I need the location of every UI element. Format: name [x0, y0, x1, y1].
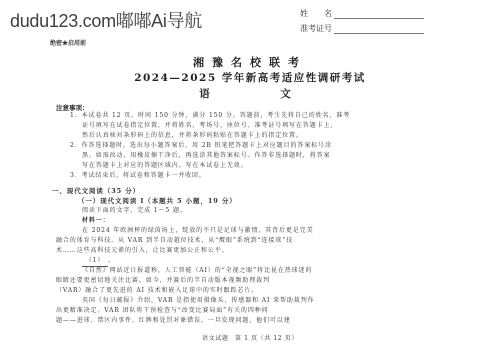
exam-name-title: 2024—2025 学年新高考适应性调研考试 — [0, 70, 500, 85]
section-title: 一、现代文阅读（35 分） — [52, 186, 140, 196]
paragraph-line: （VAR）融合了更先进的 AI 技术和嵌入足球中的实时跟踪芯片。 — [56, 286, 258, 296]
notice-line: 然后认真核对条形码上的信息，并将条形码粘贴在答题卡上的指定位置。 — [82, 131, 303, 141]
paragraph-line: 出更精准决定。VAR 团队将干预检查与“改变比赛局面”有关的四种问 — [56, 306, 269, 316]
paragraph-line: 在 2024 年欧洲杯的绿茵场上，绽放的不只是足球与激情，其背后更是完美 — [82, 226, 314, 236]
exam-id-field[interactable]: 准考证号 — [300, 23, 424, 34]
paragraph-line: 题——进球、禁区内事件、红牌和处罚对象错误。一旦发现问题，他们可以建 — [56, 316, 291, 326]
material-label: 材料一： — [82, 216, 110, 226]
notice-line: 3．考试结束后，将试卷和答题卡一并收回。 — [70, 171, 206, 181]
notice-line: 证号填写在试卷指定位置，并将姓名、考场号、座位号、准考证号填写在答题卡上， — [82, 121, 337, 131]
paragraph-line: 英国《每日邮报》介绍，VAR 是指使用摄像头、传感器和 AI 来帮助裁判作 — [82, 296, 315, 306]
notice-line: 黑。如需改动，用橡皮擦干净后，再选涂其他答案标号。作答非选择题时，将答案 — [82, 151, 330, 161]
notice-line: 1．本试卷共 12 页。时间 150 分钟，满分 150 分。答题前，考生先将自… — [70, 111, 350, 121]
paragraph-line: 眼睛还要更密切地关注比赛。如今，并赛后的半自动版本视频助理裁判 — [56, 276, 270, 286]
notice-line: 2．作答选择题时，选出每小题答案后，用 2B 铅笔把答题卡上对应题目的答案标号涂 — [70, 141, 332, 151]
name-field[interactable]: 姓 名 — [300, 8, 424, 19]
paragraph-line: 融合的体育与科技。从 VAR 到半自动越位技术，从“鹰眼”系统到“连接球”技 — [56, 236, 293, 246]
instruction: 阅读下面的文字，完成 1～5 题。 — [82, 206, 187, 216]
watermark: dudu123.com嘟嘟Ai导航 — [10, 7, 202, 33]
name-input-line[interactable] — [334, 17, 424, 19]
exam-org-title: 湘豫名校联考 — [0, 54, 500, 70]
exam-id-label: 准考证号 — [300, 24, 332, 33]
section-subtitle: （一）现代文阅读 I（本题共 5 小题，19 分） — [78, 196, 237, 206]
exam-id-input-line[interactable] — [334, 32, 424, 34]
paragraph-line: 术……这些高科技元素的引入，让比赛更加公正和公平。 — [56, 246, 229, 256]
name-label: 姓 名 — [300, 9, 332, 18]
notice-line: 写在答题卡上对应的答题区域内。写在本试卷上无效。 — [82, 161, 248, 171]
paragraph-line: 《自然》网站近日报道称，人工智能（AI）的“全视之眼”将比昆在热球迷的 — [82, 266, 312, 276]
secret-label: 绝密★启用前 — [50, 38, 86, 47]
subject-title: 语 文 — [0, 86, 500, 101]
page-footer: 语文试题 第 1 页（共 12 页） — [0, 333, 500, 342]
